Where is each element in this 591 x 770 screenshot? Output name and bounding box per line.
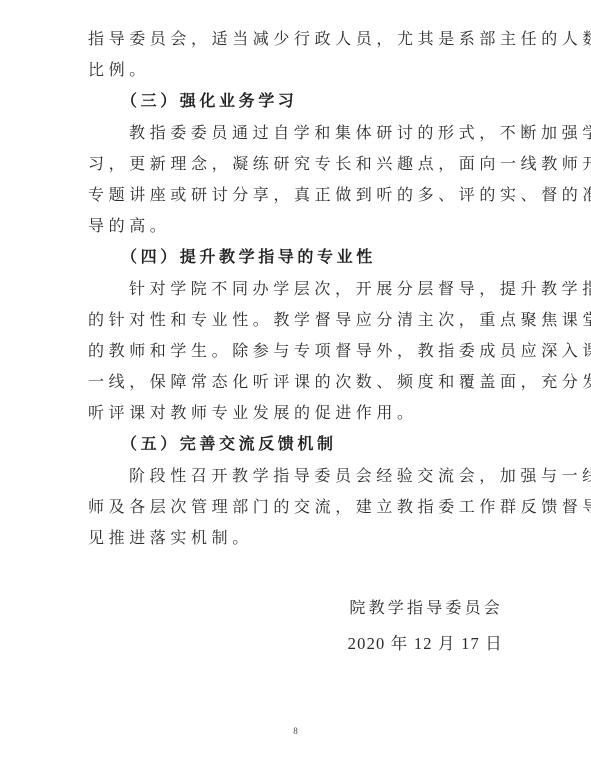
page-number: 8 — [0, 726, 591, 736]
paragraph-line: 见推进落实机制。 — [88, 522, 502, 553]
section-heading-4: （四）提升教学指导的专业性 — [88, 241, 502, 272]
paragraph-line: 专题讲座或研讨分享，真正做到听的多、评的实、督的准、 — [88, 179, 502, 210]
section-heading-3: （三）强化业务学习 — [88, 85, 502, 116]
document-body: 指导委员会，适当减少行政人员，尤其是系部主任的人数及 比例。 （三）强化业务学习… — [88, 23, 502, 553]
paragraph-line: 的教师和学生。除参与专项督导外，教指委成员应深入课堂 — [88, 335, 502, 366]
paragraph-line: 阶段性召开教学指导委员会经验交流会，加强与一线教 — [88, 460, 502, 491]
section-heading-5: （五）完善交流反馈机制 — [88, 428, 502, 459]
document-page: 指导委员会，适当减少行政人员，尤其是系部主任的人数及 比例。 （三）强化业务学习… — [0, 0, 591, 770]
paragraph-line: 指导委员会，适当减少行政人员，尤其是系部主任的人数及 — [88, 23, 502, 54]
signature-organization: 院教学指导委员会 — [348, 590, 503, 626]
paragraph-line: 习，更新理念，凝练研究专长和兴趣点，面向一线教师开展 — [88, 148, 502, 179]
paragraph-line: 一线，保障常态化听评课的次数、频度和覆盖面，充分发挥 — [88, 366, 502, 397]
signature-block: 院教学指导委员会 2020 年 12 月 17 日 — [348, 590, 503, 662]
signature-date: 2020 年 12 月 17 日 — [348, 626, 503, 662]
paragraph-line: 导的高。 — [88, 210, 502, 241]
paragraph-line: 的针对性和专业性。教学督导应分清主次，重点聚焦课堂中 — [88, 304, 502, 335]
paragraph-line: 比例。 — [88, 54, 502, 85]
paragraph-line: 听评课对教师专业发展的促进作用。 — [88, 397, 502, 428]
paragraph-line: 针对学院不同办学层次，开展分层督导，提升教学指导 — [88, 273, 502, 304]
paragraph-line: 教指委委员通过自学和集体研讨的形式，不断加强学 — [88, 117, 502, 148]
paragraph-line: 师及各层次管理部门的交流，建立教指委工作群反馈督导意 — [88, 491, 502, 522]
